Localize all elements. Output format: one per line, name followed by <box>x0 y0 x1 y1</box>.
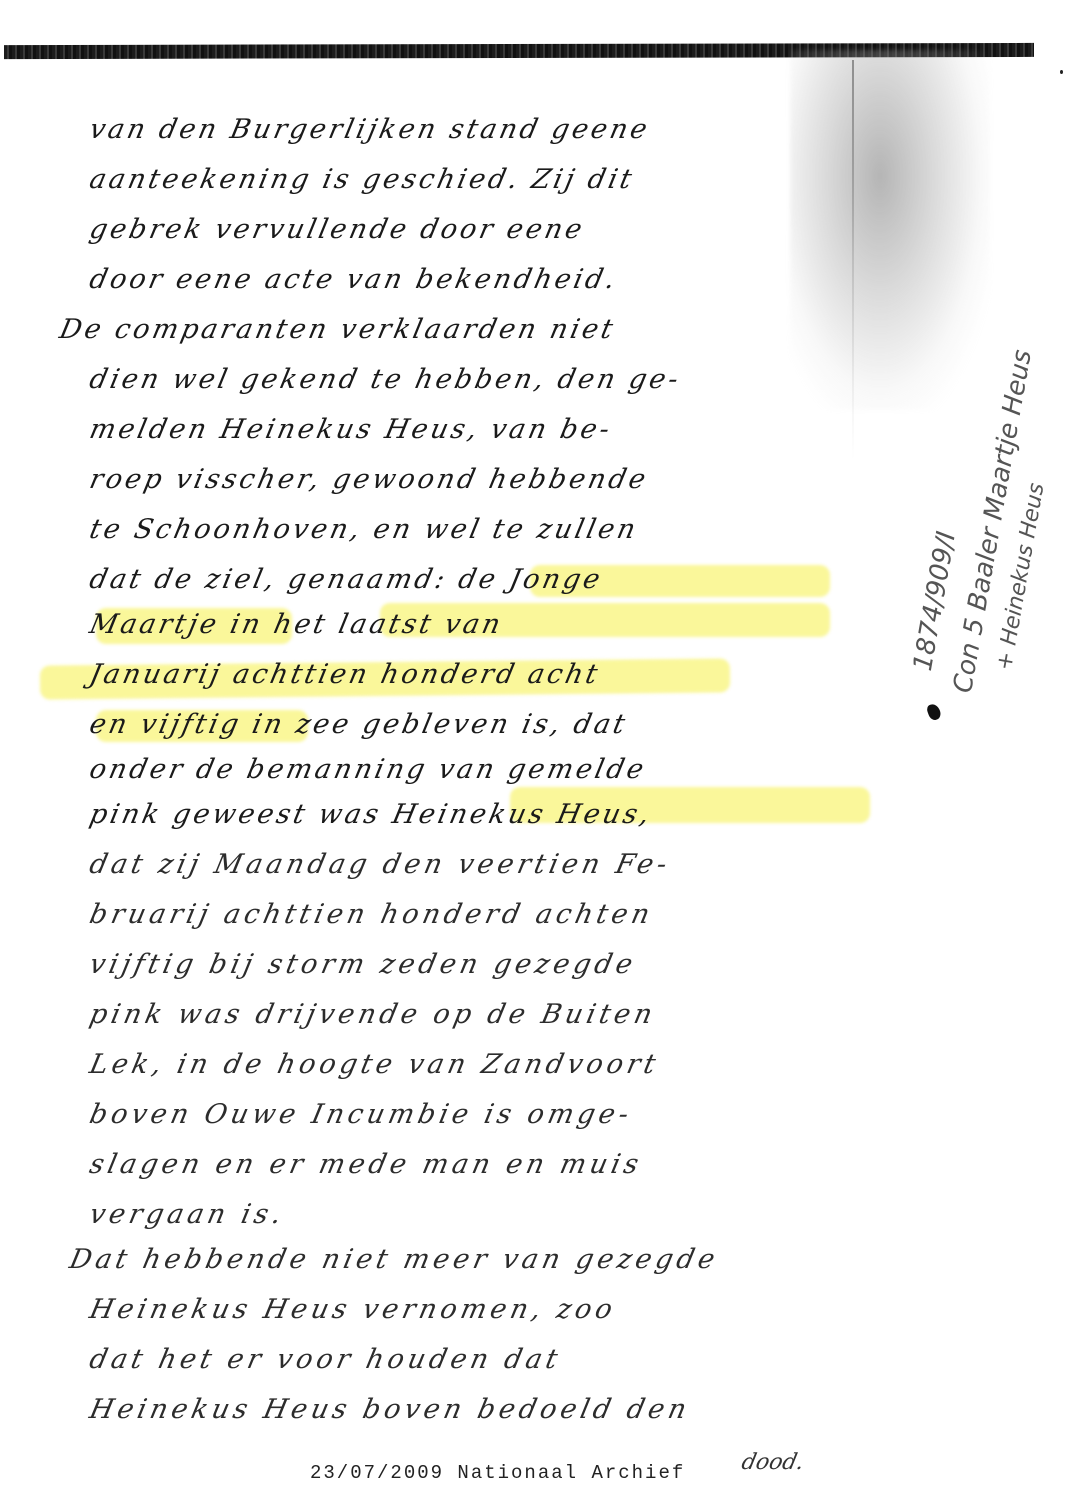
handwritten-line: Lek, in de hoogte van Zandvoort <box>86 1045 885 1085</box>
handwritten-line: melden Heinekus Heus, van be- <box>86 410 885 450</box>
handwritten-line: dien wel gekend te hebben, den ge- <box>86 360 885 400</box>
handwritten-line: roep visscher, gewoond hebbende <box>86 460 885 500</box>
handwritten-line: dat het er voor houden dat <box>86 1340 885 1380</box>
handwritten-line: Dat hebbende niet meer van gezegde <box>66 1240 865 1280</box>
handwritten-line: Heinekus Heus vernomen, zoo <box>86 1290 885 1330</box>
handwritten-line: bruarij achttien honderd achten <box>86 895 885 935</box>
ink-blot <box>926 702 943 721</box>
handwritten-line: boven Ouwe Incumbie is omge- <box>86 1095 885 1135</box>
handwritten-line: Maartje in het laatst van <box>86 605 885 645</box>
archive-footer-stamp: 23/07/2009 Nationaal Archief <box>310 1462 685 1484</box>
handwritten-line: door eene acte van bekendheid. <box>86 260 885 300</box>
handwritten-line: dat de ziel, genaamd: de Jonge <box>86 560 885 600</box>
handwritten-line: pink was drijvende op de Buiten <box>86 995 885 1035</box>
handwritten-line: vergaan is. <box>86 1195 885 1235</box>
handwritten-line: te Schoonhoven, en wel te zullen <box>86 510 885 550</box>
handwritten-line: vijftig bij storm zeden gezegde <box>86 945 885 985</box>
handwritten-line: en vijftig in zee gebleven is, dat <box>86 705 885 745</box>
handwritten-line: gebrek vervullende door eene <box>86 210 885 250</box>
handwritten-line: onder de bemanning van gemelde <box>86 750 885 790</box>
handwritten-line: van den Burgerlijken stand geene <box>86 110 885 150</box>
handwritten-line: aanteekening is geschied. Zij dit <box>86 160 885 200</box>
handwritten-line: dat zij Maandag den veertien Fe- <box>86 845 885 885</box>
handwritten-line: De comparanten verklaarden niet <box>56 310 855 350</box>
handwritten-last-word: dood. <box>739 1450 806 1475</box>
handwritten-line: pink geweest was Heinekus Heus, <box>86 795 885 835</box>
handwritten-line: slagen en er mede man en muis <box>86 1145 885 1185</box>
handwritten-line: Heinekus Heus boven bedoeld den <box>86 1390 885 1430</box>
scan-speck <box>1060 70 1063 74</box>
handwritten-line: Januarij achttien honderd acht <box>86 655 885 695</box>
